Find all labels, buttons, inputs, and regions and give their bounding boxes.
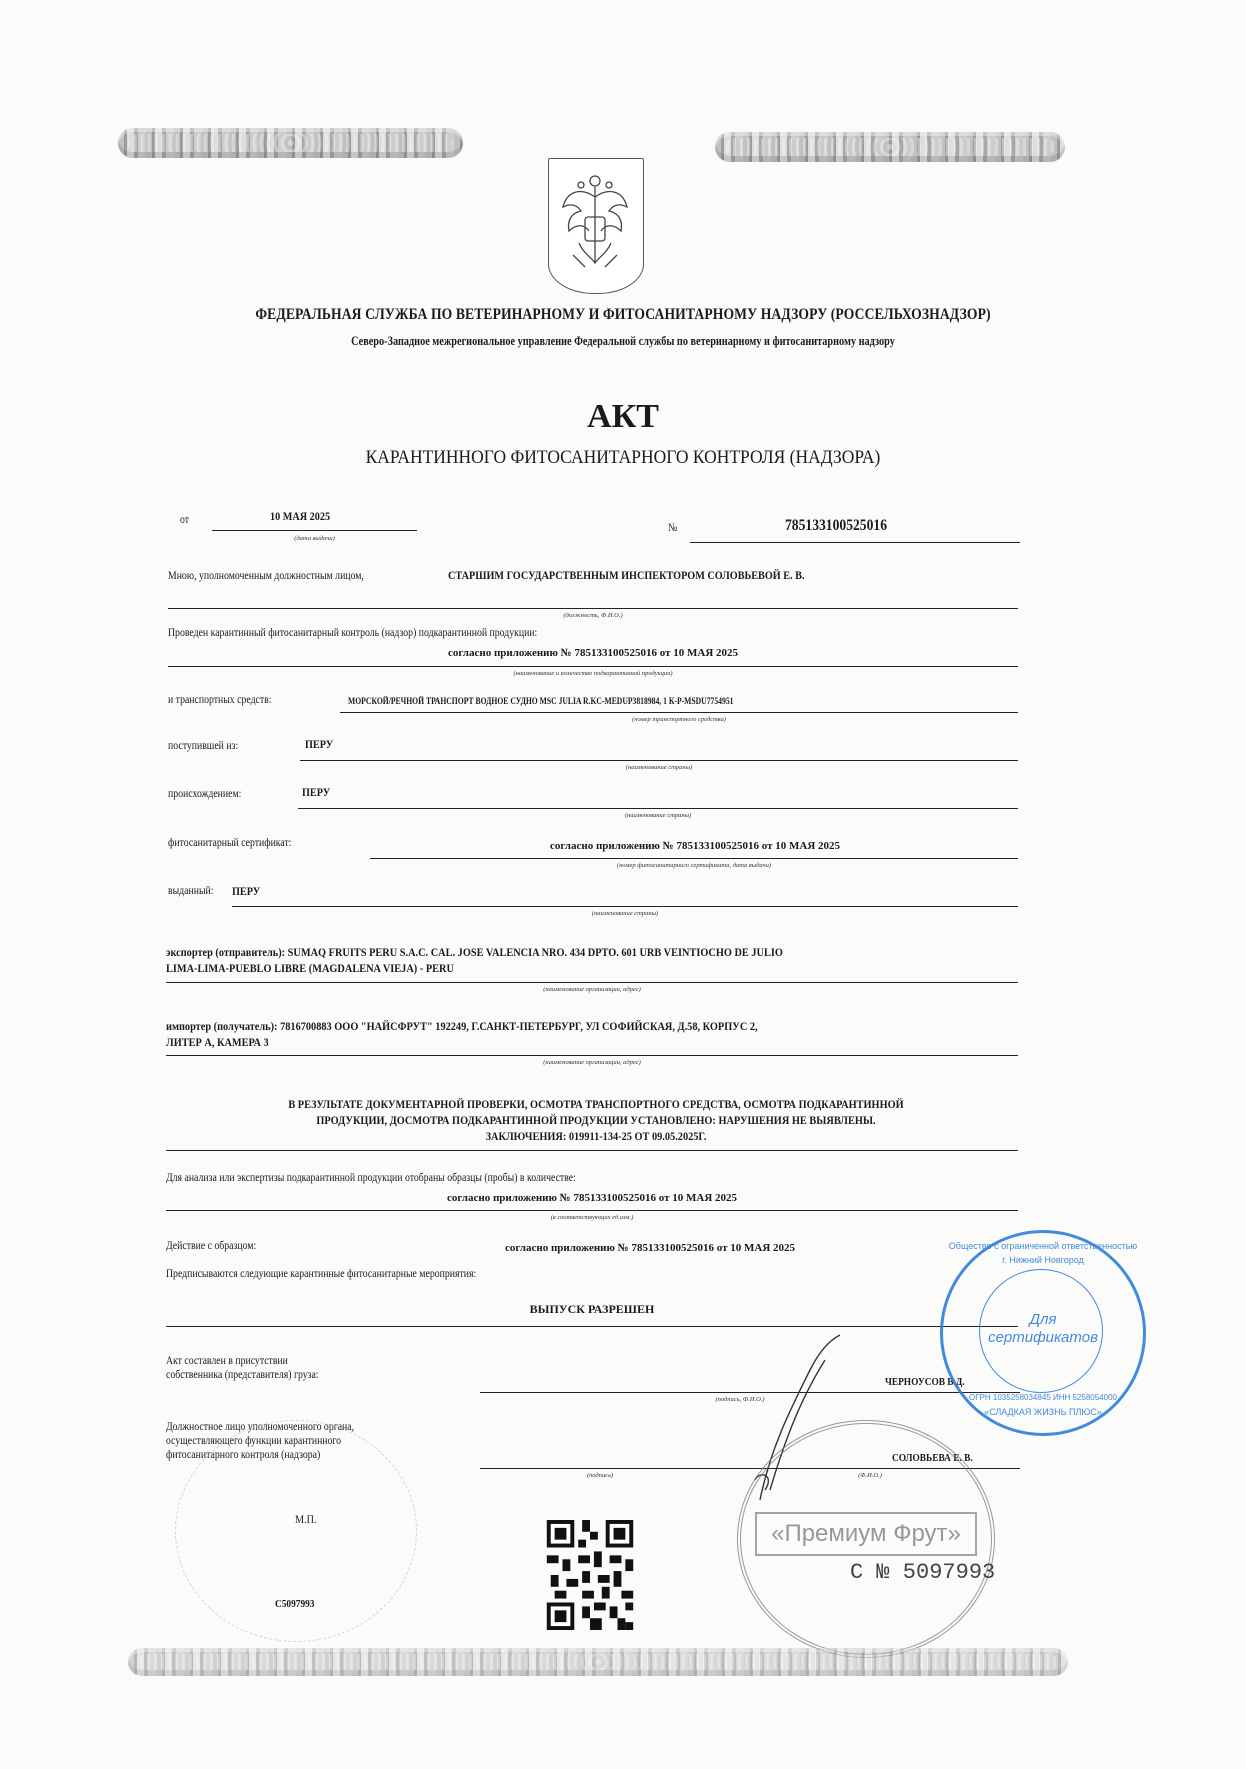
exporter-label: экспортер (отправитель): xyxy=(166,945,285,959)
transport-caption: (номер транспортного средства) xyxy=(340,716,1018,723)
issued-label: выданный: xyxy=(168,885,213,897)
inspection-result: В РЕЗУЛЬТАТЕ ДОКУМЕНТАРНОЙ ПРОВЕРКИ, ОСМ… xyxy=(166,1096,1026,1144)
blue-stamp-center-line2: сертификатов xyxy=(943,1329,1143,1346)
importer-underline xyxy=(166,1055,1018,1056)
samples-value: согласно приложению № 785133100525016 от… xyxy=(166,1192,1018,1204)
control-label: Проведен карантинный фитосанитарный конт… xyxy=(168,627,537,639)
number-label: № xyxy=(668,522,677,534)
inspector-caption: (должность, Ф.И.О.) xyxy=(168,612,1018,619)
russian-coat-of-arms-icon xyxy=(548,158,644,294)
top-ornament-left xyxy=(118,128,463,158)
form-serial: С5097993 xyxy=(275,1598,314,1610)
samples-caption: (в соответствующих ед.изм.) xyxy=(166,1214,1018,1221)
document-subtitle: КАРАНТИННОГО ФИТОСАНИТАРНОГО КОНТРОЛЯ (Н… xyxy=(50,447,1196,469)
exporter-block: экспортер (отправитель): SUMAQ FRUITS PE… xyxy=(166,944,1026,976)
importer-value-line1: 7816700883 ООО "НАЙСФРУТ" 192249, Г.САНК… xyxy=(280,1019,758,1033)
owner-label: Акт составлен в присутствии собственника… xyxy=(166,1354,319,1382)
exporter-caption: (наименование организации, адрес) xyxy=(166,986,1018,993)
action-value: согласно приложению № 785133100525016 от… xyxy=(370,1242,930,1254)
transport-underline xyxy=(340,712,1018,713)
certificate-label: фитосанитарный сертификат: xyxy=(168,837,291,849)
origin-caption: (наименование страны) xyxy=(298,812,1018,819)
certificate-underline xyxy=(370,858,1018,859)
control-value: согласно приложению № 785133100525016 от… xyxy=(168,647,1018,659)
origin-label: происхождением: xyxy=(168,788,241,800)
certificate-value: согласно приложению № 785133100525016 от… xyxy=(370,840,1020,852)
measures-value: ВЫПУСК РАЗРЕШЕН xyxy=(166,1302,1018,1317)
samples-label: Для анализа или экспертизы подкарантинно… xyxy=(166,1172,576,1184)
inspector-value: СТАРШИМ ГОСУДАРСТВЕННЫМ ИНСПЕКТОРОМ СОЛО… xyxy=(448,568,805,583)
issued-caption: (наименование страны) xyxy=(232,910,1018,917)
exporter-value-line2: LIMA-LIMA-PUEBLO LIBRE (MAGDALENA VIEJA)… xyxy=(166,961,454,975)
seal-label: М.П. xyxy=(295,1512,317,1527)
document-date: 10 МАЯ 2025 xyxy=(270,509,330,524)
blue-stamp-center-line1: Для xyxy=(943,1311,1143,1328)
top-ornament-right xyxy=(715,132,1065,162)
result-underline xyxy=(166,1150,1018,1151)
origin-underline xyxy=(298,808,1018,809)
result-line-1: В РЕЗУЛЬТАТЕ ДОКУМЕНТАРНОЙ ПРОВЕРКИ, ОСМ… xyxy=(226,1096,966,1112)
inspector-underline xyxy=(168,608,1018,609)
department-name: Северо-Западное межрегиональное управлен… xyxy=(112,334,1134,349)
document-number: 785133100525016 xyxy=(785,517,887,535)
certificate-caption: (номер фитосанитарного сертификата, дата… xyxy=(370,862,1018,869)
result-line-2: ПРОДУКЦИИ, ДОСМОТРА ПОДКАРАНТИННОЙ ПРОДУ… xyxy=(226,1112,966,1128)
exporter-value-line1: SUMAQ FRUITS PERU S.A.C. CAL. JOSE VALEN… xyxy=(288,945,783,959)
from-label: поступившей из: xyxy=(168,740,238,752)
date-underline xyxy=(212,530,417,531)
issued-underline xyxy=(232,906,1018,907)
document-title: АКТ xyxy=(0,398,1246,436)
date-label: от xyxy=(180,514,189,526)
blue-stamp-city: г. Нижний Новгород xyxy=(943,1255,1143,1265)
exporter-underline xyxy=(166,982,1018,983)
blue-stamp-ogrn: ОГРН 1035258034845 ИНН 5258054000 xyxy=(943,1393,1143,1402)
control-underline xyxy=(168,666,1018,667)
control-caption: (наименование и количество подкарантинно… xyxy=(168,670,1018,677)
blue-company-stamp: Для сертификатов Общество с ограниченной… xyxy=(940,1230,1146,1436)
importer-value-line2: ЛИТЕР А, КАМЕРА 3 xyxy=(166,1035,269,1049)
importer-label: импортер (получатель): xyxy=(166,1019,278,1033)
owner-label-line2: собственника (представителя) груза: xyxy=(166,1368,319,1382)
from-underline xyxy=(300,760,1018,761)
origin-value: ПЕРУ xyxy=(302,785,330,800)
importer-caption: (наименование организации, адрес) xyxy=(166,1059,1018,1066)
date-caption: (дата выдачи) xyxy=(212,535,417,542)
transport-value: МОРСКОЙ/РЕЧНОЙ ТРАНСПОРТ ВОДНОЕ СУДНО MS… xyxy=(348,696,733,706)
measures-label: Предписываются следующие карантинные фит… xyxy=(166,1268,476,1280)
qr-code-icon xyxy=(546,1520,634,1630)
bottom-ornament xyxy=(128,1648,1068,1676)
result-line-3: ЗАКЛЮЧЕНИЯ: 019911-134-25 ОТ 09.05.2025Г… xyxy=(226,1128,966,1144)
importer-block: импортер (получатель): 7816700883 ООО "Н… xyxy=(166,1018,1026,1050)
issued-value: ПЕРУ xyxy=(232,884,260,899)
number-underline xyxy=(690,542,1020,543)
action-label: Действие с образцом: xyxy=(166,1240,256,1252)
owner-label-line1: Акт составлен в присутствии xyxy=(166,1354,319,1368)
measures-underline xyxy=(166,1326,1018,1327)
transport-label: и транспортных средств: xyxy=(168,694,272,706)
blue-stamp-outer-text: Общество с ограниченной ответственностью xyxy=(943,1241,1143,1251)
official-sign-caption: (подпись) xyxy=(560,1472,640,1479)
from-caption: (наименование страны) xyxy=(300,764,1018,771)
company-stamp-premium-frut: «Премиум Фрут» xyxy=(737,1420,995,1658)
stamp-serial-number: С № 5097993 xyxy=(850,1560,995,1585)
blue-stamp-company-name: «СЛАДКАЯ ЖИЗНЬ ПЛЮС» xyxy=(943,1407,1143,1417)
company-stamp-name: «Премиум Фрут» xyxy=(755,1512,977,1556)
from-value: ПЕРУ xyxy=(305,737,333,752)
inspector-label: Мною, уполномоченным должностным лицом, xyxy=(168,570,364,582)
agency-name: ФЕДЕРАЛЬНАЯ СЛУЖБА ПО ВЕТЕРИНАРНОМУ И ФИ… xyxy=(75,306,1171,324)
samples-underline xyxy=(166,1210,1018,1211)
